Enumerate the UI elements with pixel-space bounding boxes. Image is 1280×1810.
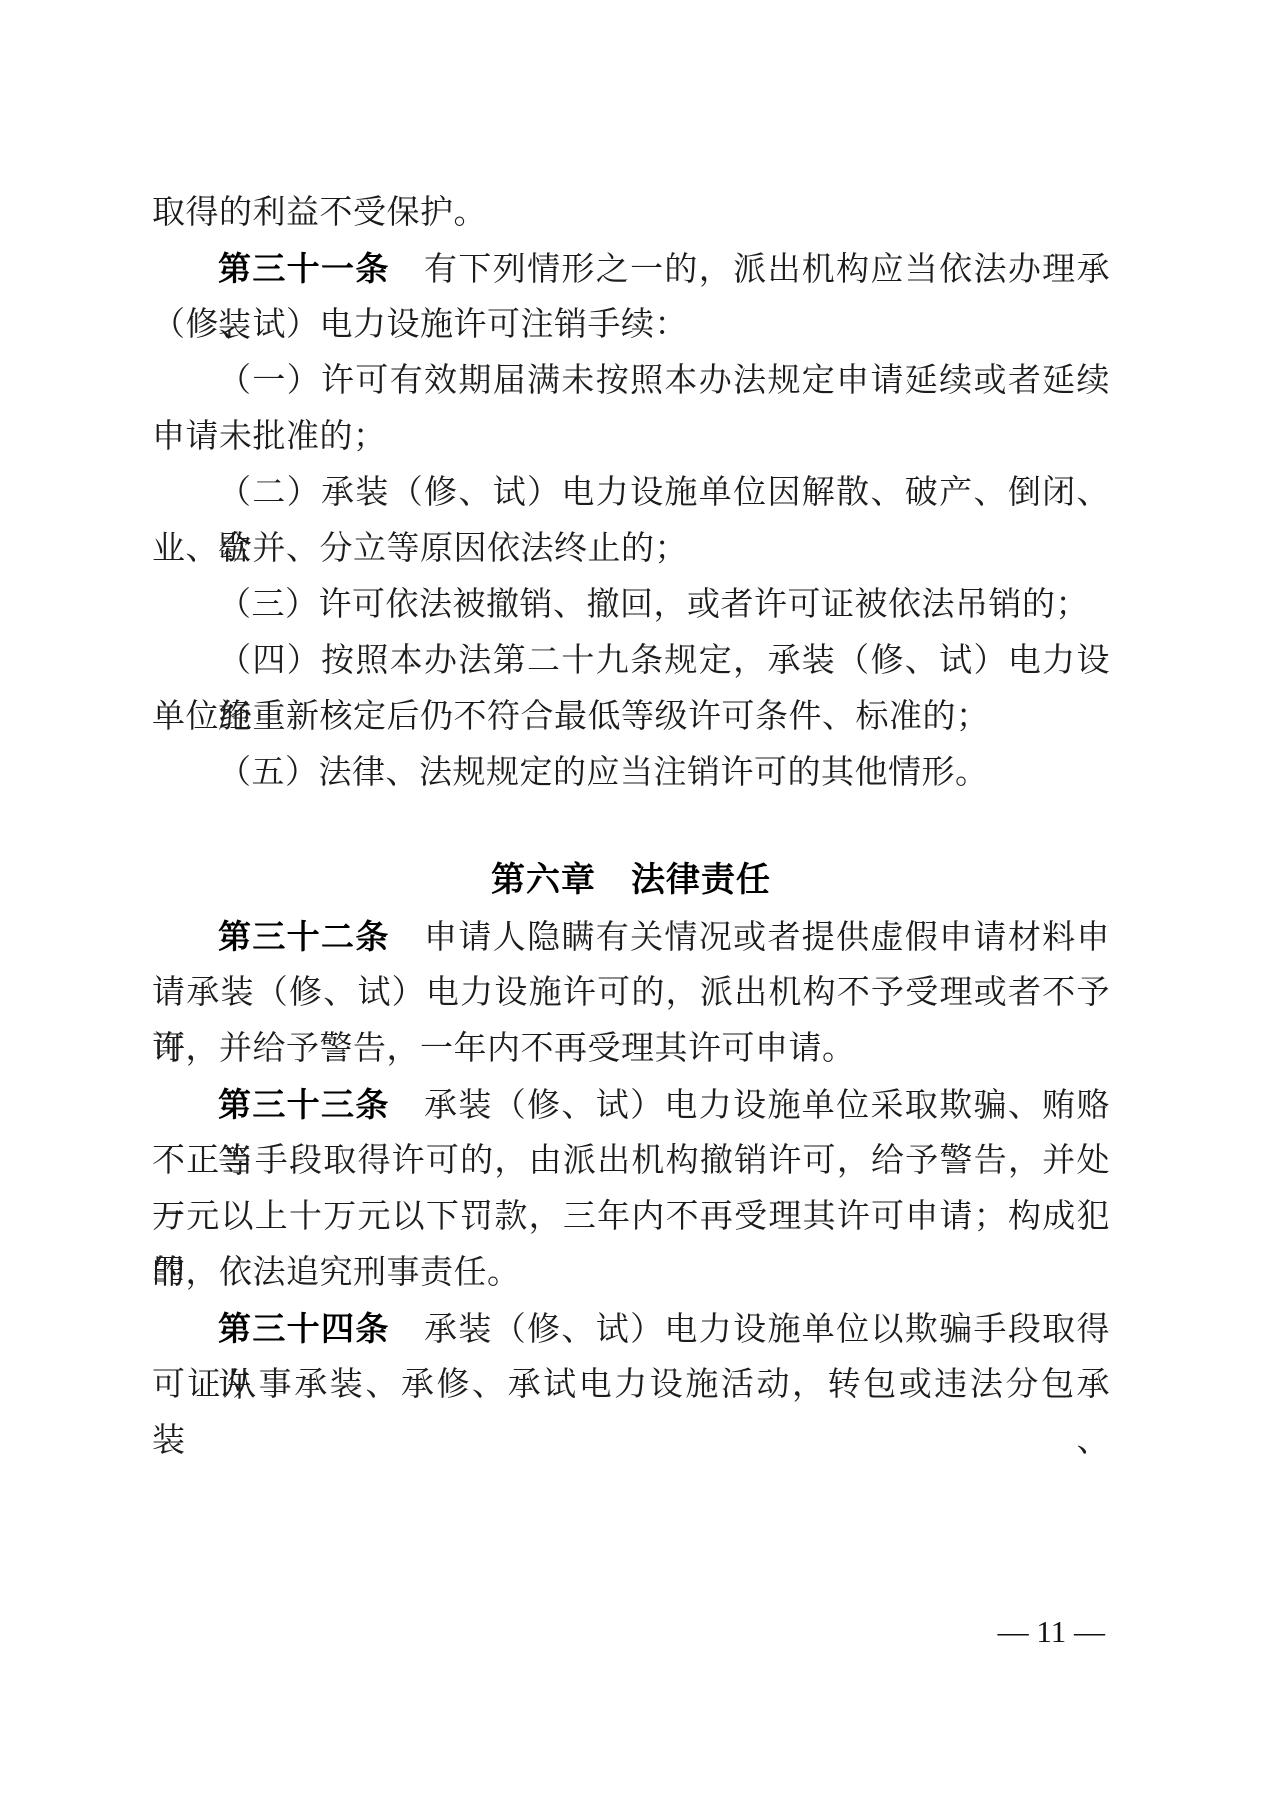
body-line: 取得的利益不受保护。: [152, 185, 1110, 241]
body-text: 业、合并、分立等原因依法终止的；: [152, 531, 688, 567]
article-number: 第三十三条: [218, 1086, 390, 1123]
article-number: 第三十四条: [218, 1310, 390, 1347]
body-line: （一）许可有效期届满未按照本办法规定申请延续或者延续: [152, 353, 1110, 409]
body-text: 申请人隐瞒有关情况或者提供虚假申请材料申: [390, 920, 1110, 956]
body-text: （一）许可有效期届满未按照本办法规定申请延续或者延续: [218, 363, 1110, 399]
body-line: （二）承装（修、试）电力设施单位因解散、破产、倒闭、歇: [152, 465, 1110, 521]
body-line: 第三十一条 有下列情形之一的，派出机构应当依法办理承装: [152, 241, 1110, 297]
body-line: 第三十三条 承装（修、试）电力设施单位采取欺骗、贿赂等: [152, 1077, 1110, 1133]
body-line: 业、合并、分立等原因依法终止的；: [152, 521, 1110, 577]
body-text: 申请未批准的；: [152, 419, 387, 455]
body-line: （四）按照本办法第二十九条规定，承装（修、试）电力设施: [152, 633, 1110, 689]
article-number: 第三十一条: [218, 250, 390, 287]
document-body: 取得的利益不受保护。 第三十一条 有下列情形之一的，派出机构应当依法办理承装 （…: [152, 185, 1110, 1413]
body-line: 的，依法追究刑事责任。: [152, 1245, 1110, 1301]
body-text: 的，依法追究刑事责任。: [152, 1255, 521, 1291]
body-line: （五）法律、法规规定的应当注销许可的其他情形。: [152, 745, 1110, 801]
body-line: 第三十二条 申请人隐瞒有关情况或者提供虚假申请材料申: [152, 909, 1110, 965]
body-text: 可证从事承装、承修、承试电力设施活动，转包或违法分包承装、: [152, 1367, 1110, 1459]
body-line: 申请未批准的；: [152, 409, 1110, 465]
body-line: 第三十四条 承装（修、试）电力设施单位以欺骗手段取得许: [152, 1301, 1110, 1357]
page-number: — 11 —: [998, 1614, 1105, 1649]
body-text: （三）许可依法被撤销、撤回，或者许可证被依法吊销的；: [218, 587, 1089, 623]
body-text: （修、试）电力设施许可注销手续：: [152, 307, 688, 343]
document-page: 取得的利益不受保护。 第三十一条 有下列情形之一的，派出机构应当依法办理承装 （…: [0, 0, 1280, 1810]
body-line: 万元以上十万元以下罚款，三年内不再受理其许可申请；构成犯罪: [152, 1189, 1110, 1245]
body-line: 可，并给予警告，一年内不再受理其许可申请。: [152, 1021, 1110, 1077]
body-line: 单位经重新核定后仍不符合最低等级许可条件、标准的；: [152, 689, 1110, 745]
body-line: （三）许可依法被撤销、撤回，或者许可证被依法吊销的；: [152, 577, 1110, 633]
body-line: （修、试）电力设施许可注销手续：: [152, 297, 1110, 353]
body-line: 可证从事承装、承修、承试电力设施活动，转包或违法分包承装、: [152, 1357, 1110, 1413]
body-line: 请承装（修、试）电力设施许可的，派出机构不予受理或者不予许: [152, 965, 1110, 1021]
body-text: 可，并给予警告，一年内不再受理其许可申请。: [152, 1031, 856, 1067]
body-text: （五）法律、法规规定的应当注销许可的其他情形。: [218, 755, 989, 791]
body-text: 取得的利益不受保护。: [152, 195, 487, 231]
chapter-heading: 第六章 法律责任: [152, 851, 1110, 909]
page-footer: — 11 —: [998, 1612, 1105, 1652]
article-number: 第三十二条: [218, 918, 390, 955]
body-line: 不正当手段取得许可的，由派出机构撤销许可，给予警告，并处一: [152, 1133, 1110, 1189]
body-text: 单位经重新核定后仍不符合最低等级许可条件、标准的；: [152, 699, 990, 735]
